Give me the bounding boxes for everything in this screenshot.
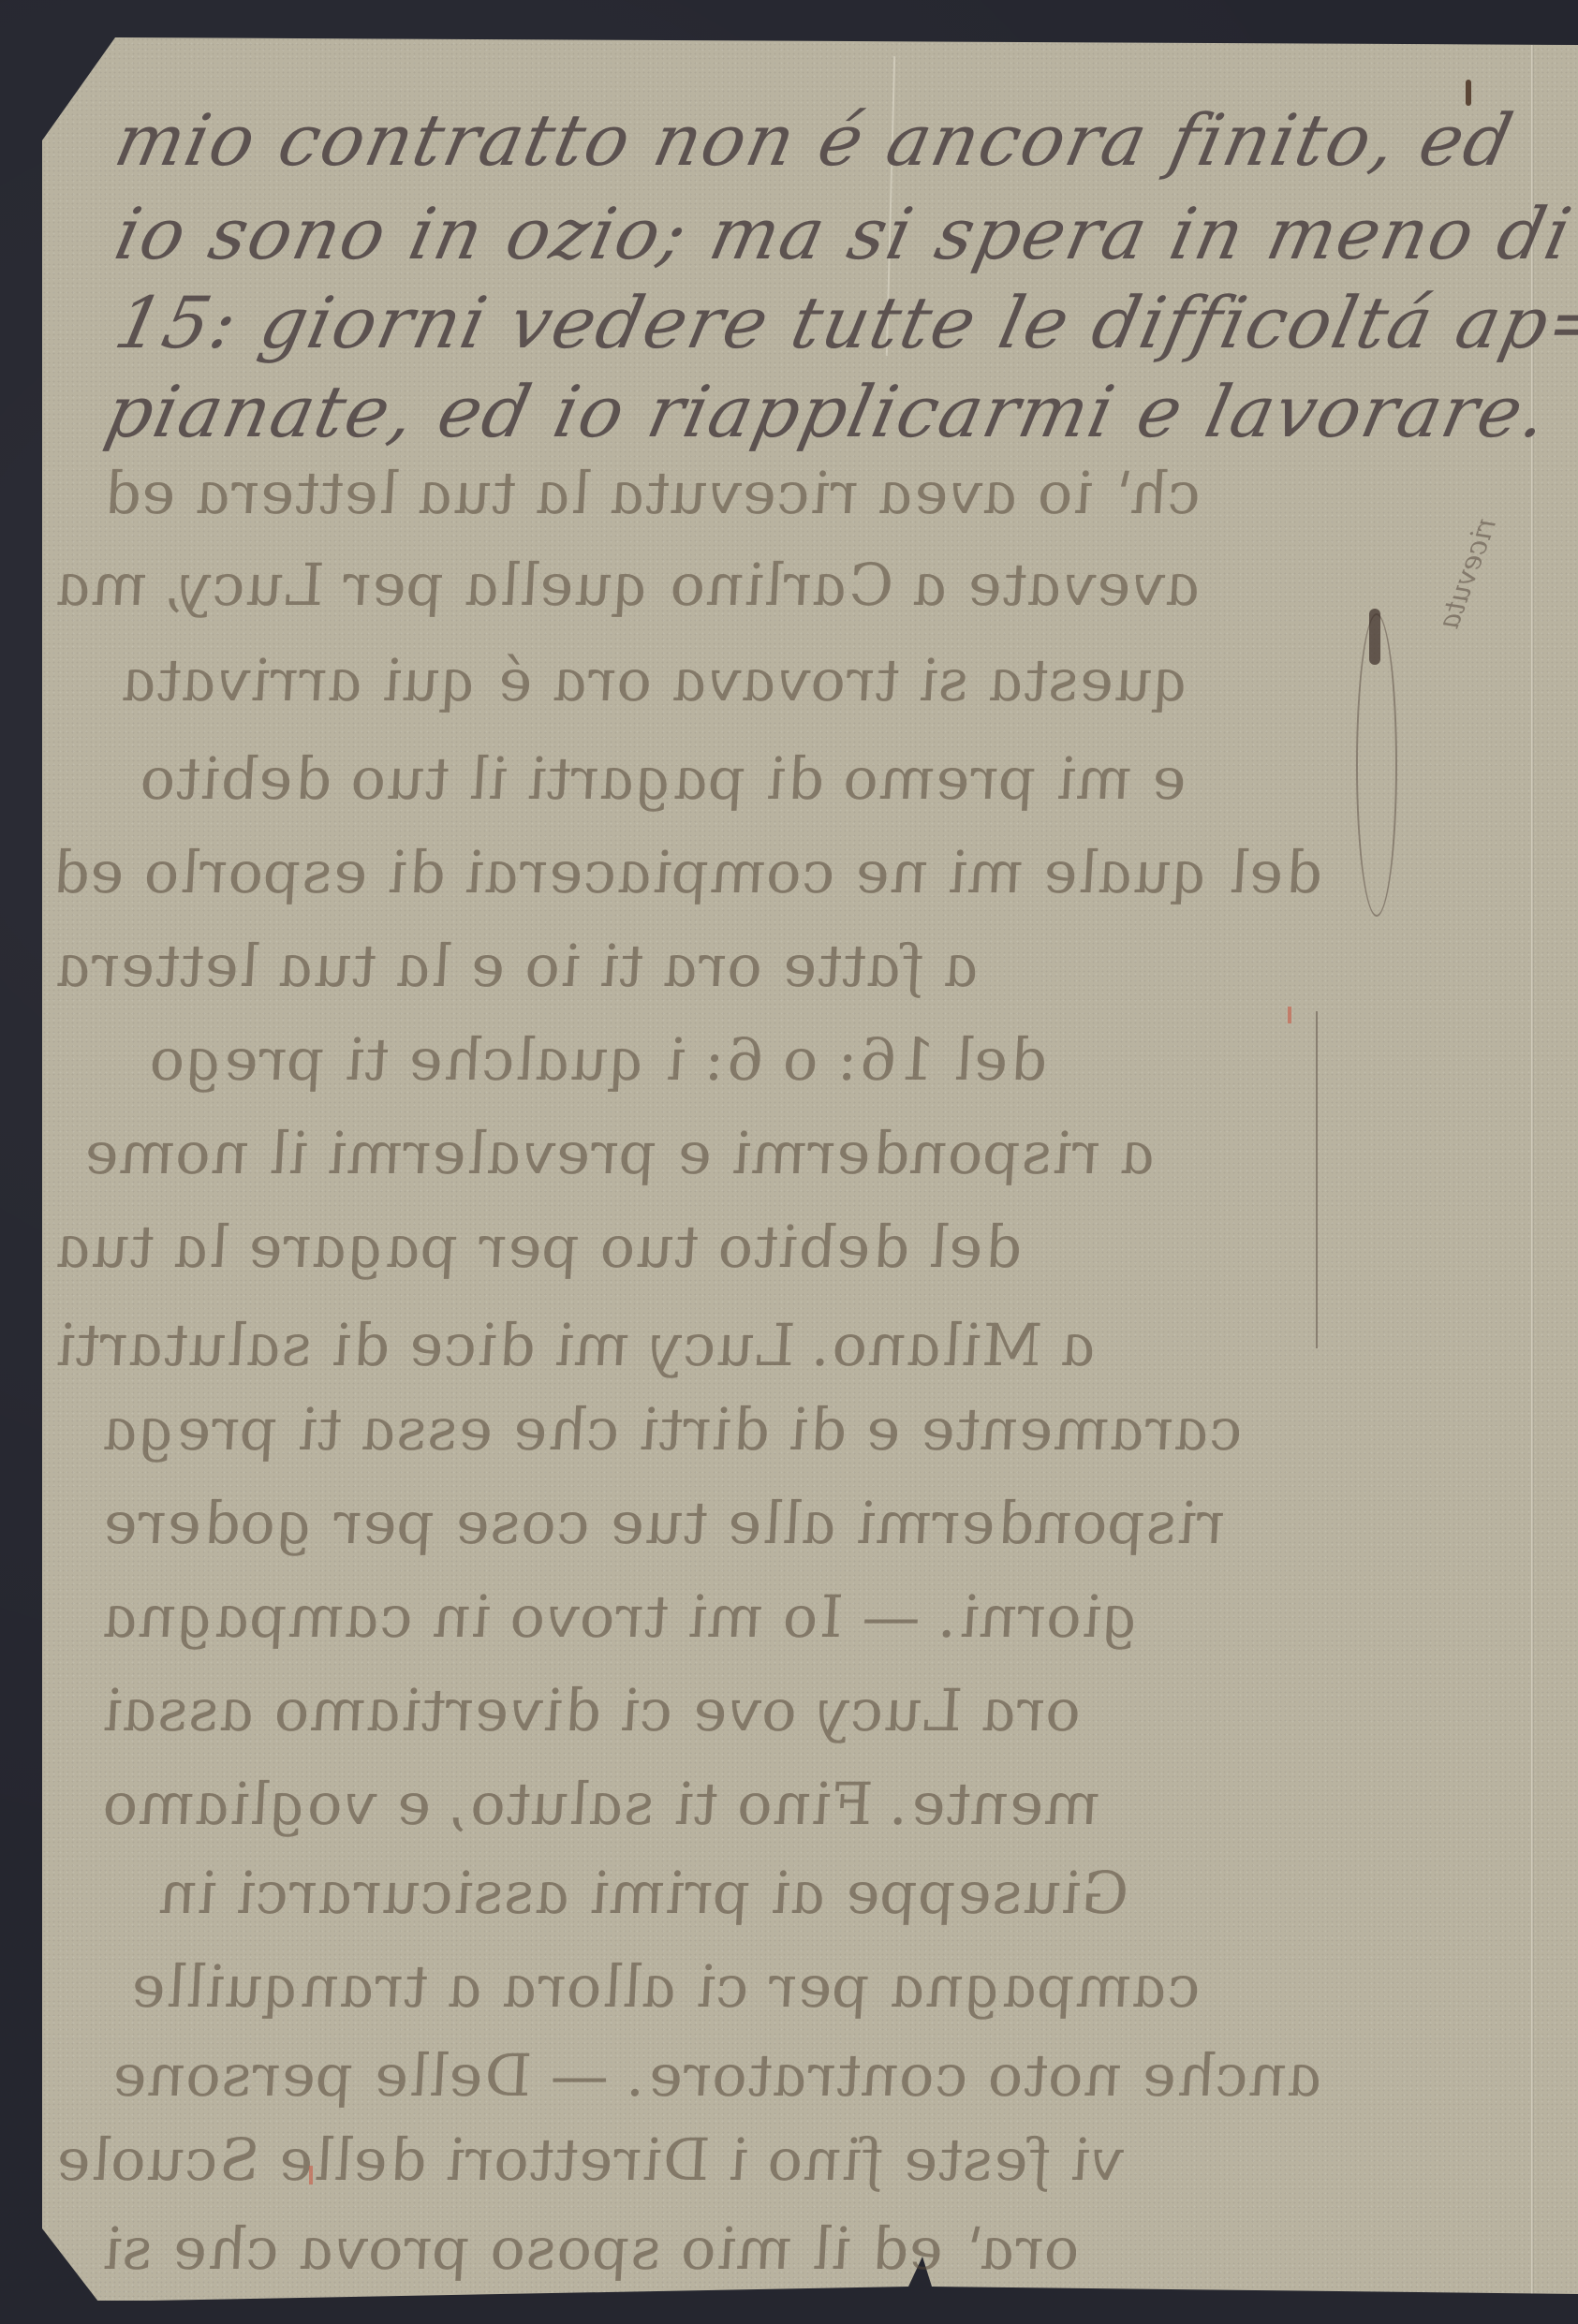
bleed-line: ch' io avea ricevuta la tua lettera ed [95, 459, 1210, 527]
bleed-line: anche noto contratore. — Delle persone [104, 2041, 1332, 2110]
bleed-line: del 16: o 6: i qualche ti prego [141, 1025, 1055, 1094]
ink-dot [1369, 609, 1380, 665]
bleed-line: caramente e di dirti che essa ti prega [95, 1395, 1252, 1464]
red-ink-mark [1288, 1007, 1291, 1023]
bleed-line: questa si trovava ora é qui arrivata [113, 646, 1200, 714]
bleed-line: Giuseppe ai primi assicurarci in [151, 1859, 1137, 1927]
bleed-line: mente. Fino ti saluto, e vogliamo [95, 1770, 1109, 1838]
bleed-line: ora Lucy ove ci divertiamo assai [95, 1676, 1090, 1744]
text-line: mio contratto non é ancora finito, ed [109, 98, 1522, 182]
red-ink-mark [309, 2166, 313, 2184]
bleed-line: vi feste fino i Direttori delle Scuole [48, 2125, 1132, 2194]
text-line: io sono in ozio; ma si spera in meno di [109, 192, 1578, 275]
bleed-line: campagna per ci allora a tranquille [123, 1952, 1210, 2021]
bleed-line: e mi premo di pagarti il tuo debito [132, 744, 1196, 813]
bleed-line: rispondermi alle tue cose per godere [95, 1489, 1234, 1557]
bleed-line: giorni. — Io mi trovo in campagna [95, 1582, 1149, 1651]
bleed-line: a Milano. Lucy mi dice di salutarti [48, 1311, 1105, 1379]
text-line: 15: giorni vedere tutte le difficoltá ap… [109, 281, 1578, 364]
bleed-line: ora' ed il mio sposo prova che si [95, 2214, 1089, 2283]
bleed-line: a fatte ora ti io e la tua lettera [48, 932, 988, 1000]
bleed-line: del debito tuo per pagare la tua [48, 1213, 1030, 1281]
margin-rule [1316, 1011, 1318, 1348]
bleed-line: del quale mi ne compiacerai di esporlo e… [43, 838, 1331, 906]
text-line: pianate, ed io riapplicarmi e lavorare. [99, 370, 1556, 453]
bleed-line: avevate a Carlino quella per Lucy, ma [48, 551, 1210, 619]
bleed-line: a rispondermi e prevalermi il nome [76, 1119, 1164, 1187]
